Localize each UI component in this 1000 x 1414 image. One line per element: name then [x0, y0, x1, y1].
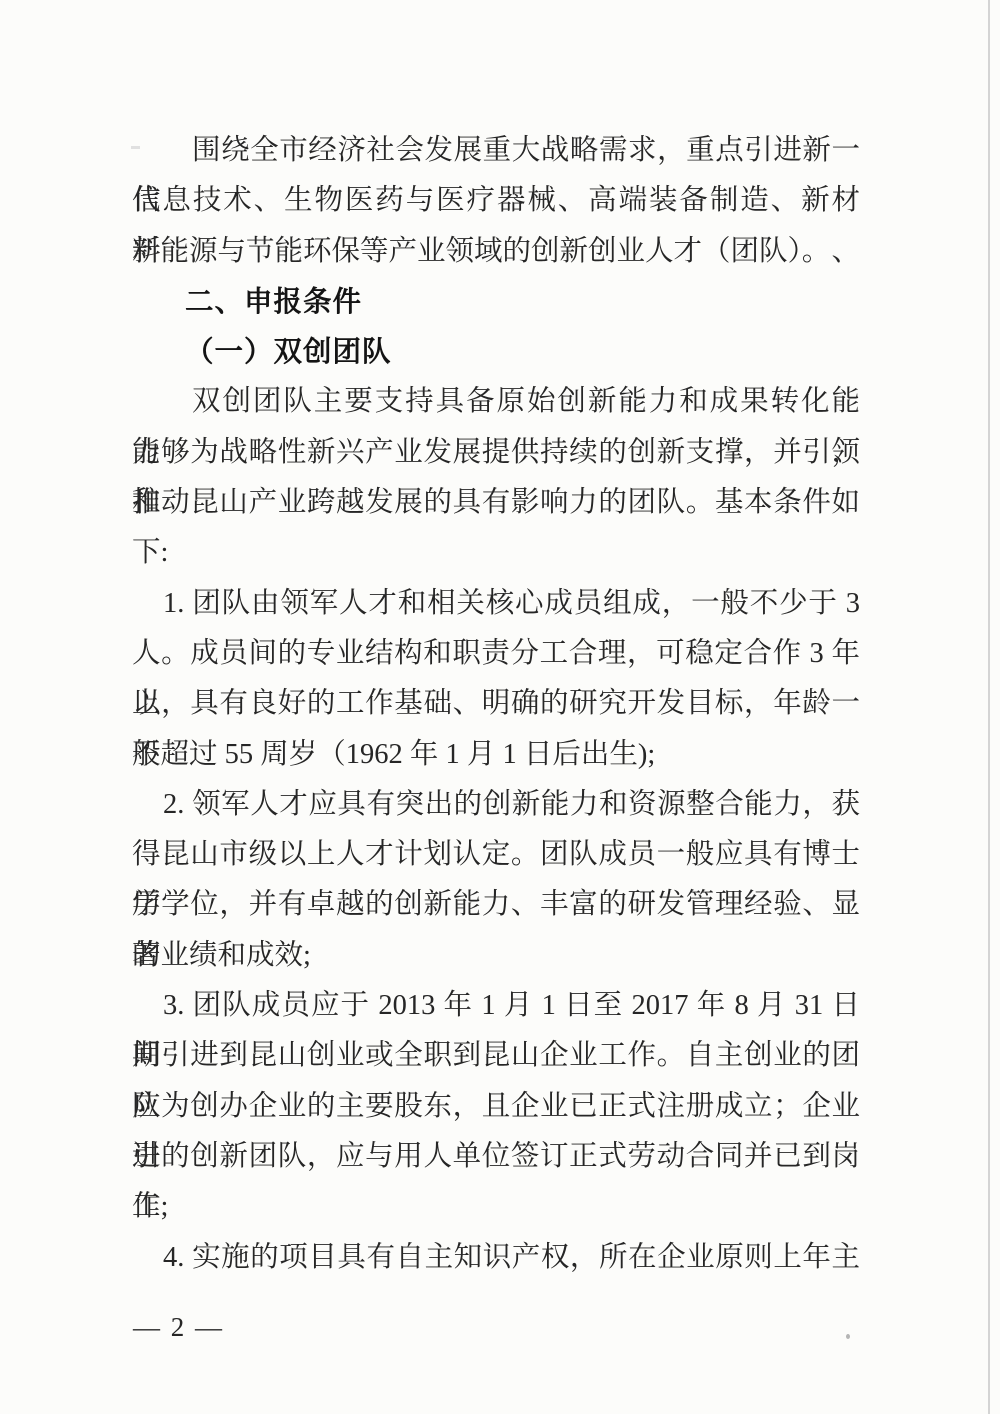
scan-speck: [131, 146, 140, 149]
scan-speck: [846, 1334, 850, 1339]
intro-line: 新能源与节能环保等产业领域的创新创业人才（团队）。: [132, 227, 860, 277]
team-paragraph-line: 能够为战略性新兴产业发展提供持续的创新支撑，并引领和: [132, 428, 860, 478]
condition-3-line: 进的创新团队，应与用人单位签订正式劳动合同并已到岗工: [132, 1132, 860, 1182]
intro-line: 信息技术、生物医药与医疗器械、高端装备制造、新材料、: [132, 176, 860, 226]
condition-3-line: 3. 团队成员应于 2013 年 1 月 1 日至 2017 年 8 月 31 …: [132, 981, 860, 1031]
condition-2-line: 历学位，并有卓越的创新能力、丰富的研发管理经验、显著: [132, 880, 860, 930]
team-paragraph-line: 下:: [132, 528, 860, 578]
condition-3-line: 应为创办企业的主要股东，且企业已正式注册成立；企业引: [132, 1082, 860, 1132]
condition-1-line: 1. 团队由领军人才和相关核心成员组成，一般不少于 3: [132, 579, 860, 629]
text-column: 围绕全市经济社会发展重大战略需求，重点引进新一代 信息技术、生物医药与医疗器械、…: [132, 126, 860, 1283]
condition-3-line: 间引进到昆山创业或全职到昆山企业工作。自主创业的团队: [132, 1031, 860, 1081]
condition-2-line: 的业绩和成效;: [132, 931, 860, 981]
condition-2-line: 2. 领军人才应具有突出的创新能力和资源整合能力，获: [132, 780, 860, 830]
intro-line: 围绕全市经济社会发展重大战略需求，重点引进新一代: [132, 126, 860, 176]
condition-4-line: 4. 实施的项目具有自主知识产权，所在企业原则上年主: [132, 1233, 860, 1283]
condition-1-line: 人。成员间的专业结构和职责分工合理，可稳定合作 3 年以: [132, 629, 860, 679]
page-number: — 2 —: [133, 1312, 224, 1342]
scan-edge-artifact: [988, 0, 990, 1414]
scanned-document-page: 围绕全市经济社会发展重大战略需求，重点引进新一代 信息技术、生物医药与医疗器械、…: [0, 0, 1000, 1414]
subsection-heading: （一）双创团队: [132, 327, 860, 377]
condition-2-line: 得昆山市级以上人才计划认定。团队成员一般应具有博士学: [132, 830, 860, 880]
condition-1-line: 不超过 55 周岁（1962 年 1 月 1 日后出生);: [132, 730, 860, 780]
condition-3-line: 作;: [132, 1182, 860, 1232]
team-paragraph-line: 推动昆山产业跨越发展的具有影响力的团队。基本条件如: [132, 478, 860, 528]
section-heading: 二、申报条件: [132, 277, 860, 327]
condition-1-line: 上，具有良好的工作基础、明确的研究开发目标，年龄一般: [132, 679, 860, 729]
team-paragraph-line: 双创团队主要支持具备原始创新能力和成果转化能力，: [132, 377, 860, 427]
